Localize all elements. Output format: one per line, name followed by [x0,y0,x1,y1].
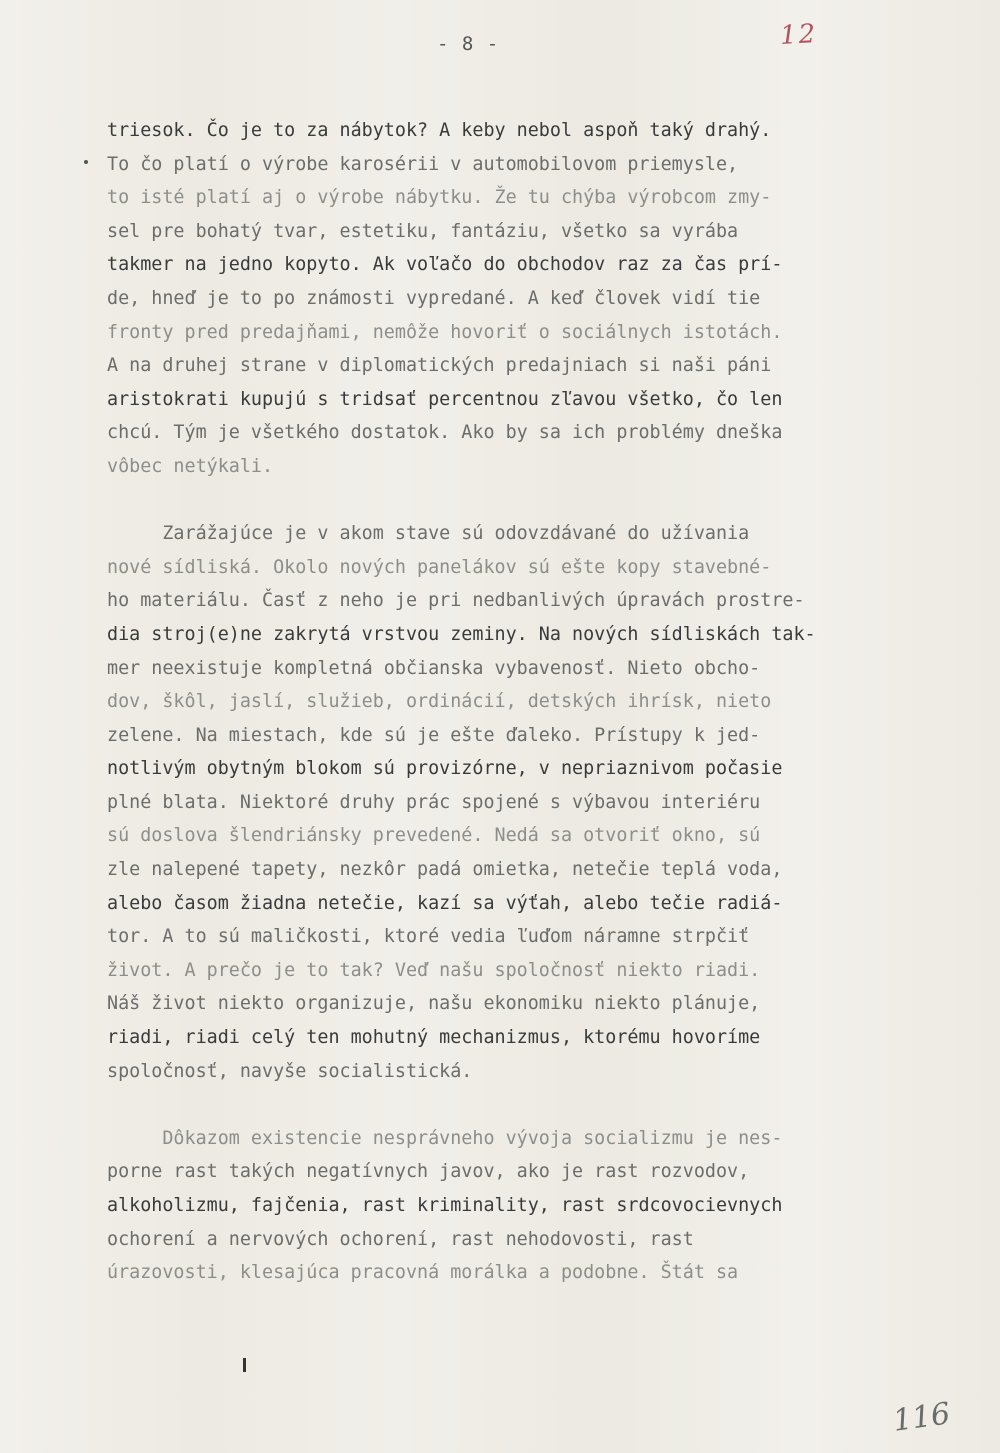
text-line: riadi, riadi celý ten mohutný mechanizmu… [107,1021,977,1055]
paragraph-3: Dôkazom existencie nesprávneho vývoja so… [107,1122,977,1290]
paragraph-gap [107,484,977,518]
text-line: život. A prečo je to tak? Veď našu spolo… [107,954,977,988]
typewritten-body: triesok. Čo je to za nábytok? A keby neb… [107,114,977,1290]
paragraph-1: triesok. Čo je to za nábytok? A keby neb… [107,114,977,484]
ink-mark [243,1358,246,1372]
text-line: tor. A to sú maličkosti, ktoré vedia ľuď… [107,920,977,954]
text-line: zle nalepené tapety, nezkôr padá omietka… [107,853,977,887]
text-line: ochorení a nervových ochorení, rast neho… [107,1223,977,1257]
text-line: ho materiálu. Časť z neho je pri nedbanl… [107,584,977,618]
text-line: zelene. Na miestach, kde sú je ešte ďale… [107,719,977,753]
text-line: sel pre bohatý tvar, estetiku, fantáziu,… [107,215,977,249]
text-line: spoločnosť, navyše socialistická. [107,1055,977,1089]
text-line: de, hneď je to po známosti vypredané. A … [107,282,977,316]
text-line: vôbec netýkali. [107,450,977,484]
text-line: alebo časom žiadna netečie, kazí sa výťa… [107,887,977,921]
text-line: to isté platí aj o výrobe nábytku. Že tu… [107,181,977,215]
document-page: - 8 - 12 triesok. Čo je to za nábytok? A… [0,0,1000,1453]
text-line: Dôkazom existencie nesprávneho vývoja so… [107,1122,977,1156]
text-line: fronty pred predajňami, nemôže hovoriť o… [107,316,977,350]
text-line: plné blata. Niektoré druhy prác spojené … [107,786,977,820]
text-line: takmer na jedno kopyto. Ak voľačo do obc… [107,248,977,282]
ink-speck [84,160,88,164]
text-line: úrazovosti, klesajúca pracovná morálka a… [107,1256,977,1290]
text-line: notlivým obytným blokom sú provizórne, v… [107,752,977,786]
page-number: - 8 - [437,33,499,55]
text-line: chcú. Tým je všetkého dostatok. Ako by s… [107,416,977,450]
text-line: To čo platí o výrobe karosérii v automob… [107,148,977,182]
text-line: sú doslova šlendriánsky prevedené. Nedá … [107,819,977,853]
text-line: alkoholizmu, fajčenia, rast kriminality,… [107,1189,977,1223]
text-line: dov, škôl, jaslí, služieb, ordinácií, de… [107,685,977,719]
handwritten-folio-top: 12 [779,19,818,51]
paragraph-gap [107,1088,977,1122]
text-line: aristokrati kupujú s tridsať percentnou … [107,383,977,417]
text-line: porne rast takých negatívnych javov, ako… [107,1155,977,1189]
text-line: Zarážajúce je v akom stave sú odovzdávan… [107,517,977,551]
paragraph-2: Zarážajúce je v akom stave sú odovzdávan… [107,517,977,1088]
text-line: mer neexistuje kompletná občianska vybav… [107,652,977,686]
text-line: nové sídliská. Okolo nových panelákov sú… [107,551,977,585]
text-line: dia stroj(e)ne zakrytá vrstvou zeminy. N… [107,618,977,652]
text-line: triesok. Čo je to za nábytok? A keby neb… [107,114,977,148]
handwritten-folio-bottom: 116 [891,1396,953,1439]
text-line: A na druhej strane v diplomatických pred… [107,349,977,383]
text-line: Náš život niekto organizuje, našu ekonom… [107,987,977,1021]
